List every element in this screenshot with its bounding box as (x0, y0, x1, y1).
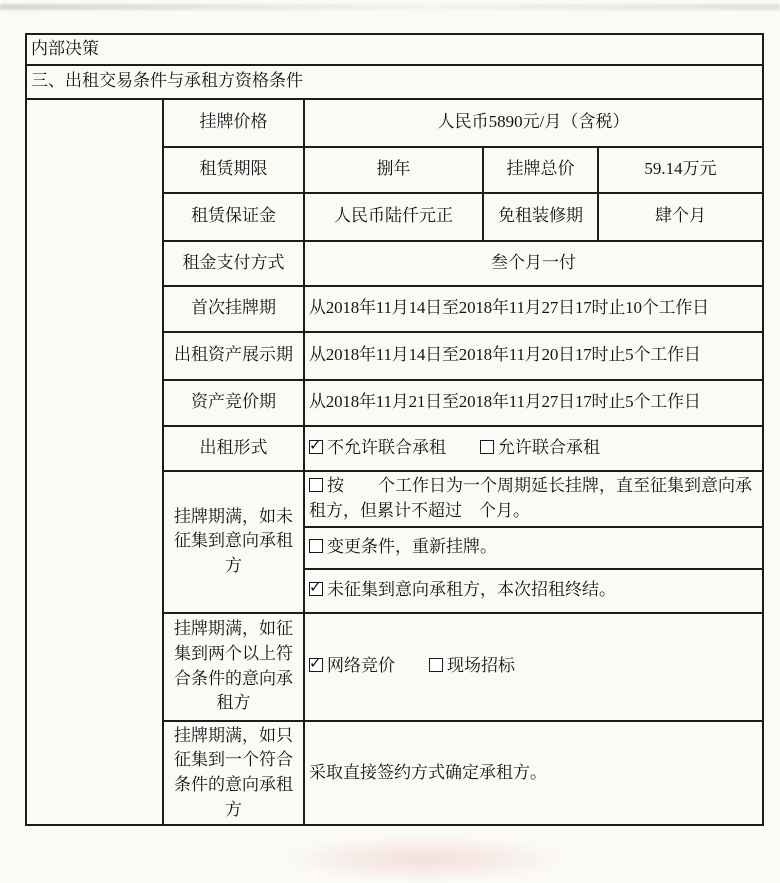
option-label: 未征集到意向承租方，本次招租终结。 (327, 580, 616, 599)
single-intent-label: 挂牌期满，如只征集到一个符合条件的意向承租方 (163, 721, 304, 826)
lease-conditions-table: 内部决策 三、出租交易条件与承租方资格条件 挂牌价格 人民币5890元/月（含税… (25, 33, 764, 826)
rent-payment-value: 叁个月一付 (304, 241, 763, 286)
lease-term-label: 租赁期限 (163, 147, 304, 193)
lease-term-value: 捌年 (304, 147, 483, 193)
first-listing-period-value: 从2018年11月14日至2018年11月27日17时止10个工作日 (304, 286, 763, 332)
asset-display-period-label: 出租资产展示期 (163, 332, 304, 380)
option-label: 变更条件，重新挂牌。 (327, 537, 497, 556)
option-label: 现场招标 (447, 656, 515, 675)
deposit-value: 人民币陆仟元正 (304, 193, 483, 241)
option-label: 不允许联合承租 (327, 438, 446, 457)
no-intent-option-extend: 按 个工作日为一个周期延长挂牌，直至征集到意向承租方，但累计不超过 个月。 (304, 471, 763, 527)
option-label: 按 个工作日为一个周期延长挂牌，直至征集到意向承租方，但累计不超过 个月。 (309, 476, 752, 520)
no-intent-option-relist: 变更条件，重新挂牌。 (304, 527, 763, 569)
internal-decision-cell: 内部决策 (26, 34, 763, 65)
option-no-joint-lease: 不允许联合承租 (309, 438, 446, 457)
asset-bidding-period-value: 从2018年11月21日至2018年11月27日17时止5个工作日 (304, 380, 763, 426)
scan-artifact-pink-smudge (280, 836, 570, 882)
asset-bidding-period-label: 资产竞价期 (163, 380, 304, 426)
single-intent-value: 采取直接签约方式确定承租方。 (304, 721, 763, 826)
first-listing-period-label: 首次挂牌期 (163, 286, 304, 332)
rent-free-period-label: 免租装修期 (483, 193, 598, 241)
row-listing-price: 挂牌价格 人民币5890元/月（含税） (26, 99, 763, 147)
option-onsite-tender: 现场招标 (429, 656, 515, 675)
total-listing-price-label: 挂牌总价 (483, 147, 598, 193)
checkbox-unchecked-icon (480, 440, 494, 454)
scanned-document-page: { "colors": { "paper": "#fbfaf7", "borde… (0, 0, 780, 883)
lease-form-label: 出租形式 (163, 426, 304, 471)
section-title-cell: 三、出租交易条件与承租方资格条件 (26, 65, 763, 99)
option-online-bidding: 网络竞价 (309, 656, 395, 675)
checkbox-unchecked-icon (309, 478, 323, 492)
checkbox-checked-icon (309, 582, 323, 596)
option-allow-joint-lease: 允许联合承租 (480, 438, 600, 457)
rent-payment-label: 租金支付方式 (163, 241, 304, 286)
no-intent-option-terminate: 未征集到意向承租方，本次招租终结。 (304, 569, 763, 613)
row-section-title: 三、出租交易条件与承租方资格条件 (26, 65, 763, 99)
listing-price-value: 人民币5890元/月（含税） (304, 99, 763, 147)
checkbox-unchecked-icon (309, 539, 323, 553)
option-label: 允许联合承租 (498, 438, 600, 457)
deposit-label: 租赁保证金 (163, 193, 304, 241)
total-listing-price-value: 59.14万元 (598, 147, 763, 193)
no-intent-label: 挂牌期满，如未征集到意向承租方 (163, 471, 304, 613)
listing-price-label: 挂牌价格 (163, 99, 304, 147)
scan-artifact-top-streak (0, 4, 780, 10)
option-label: 网络竞价 (327, 656, 395, 675)
checkbox-checked-icon (309, 440, 323, 454)
lease-form-options: 不允许联合承租允许联合承租 (304, 426, 763, 471)
row-internal-decision: 内部决策 (26, 34, 763, 65)
multiple-intent-options: 网络竞价现场招标 (304, 613, 763, 721)
rent-free-period-value: 肆个月 (598, 193, 763, 241)
checkbox-unchecked-icon (429, 658, 443, 672)
left-spacer-column (26, 99, 163, 826)
asset-display-period-value: 从2018年11月14日至2018年11月20日17时止5个工作日 (304, 332, 763, 380)
multiple-intent-label: 挂牌期满，如征集到两个以上符合条件的意向承租方 (163, 613, 304, 721)
checkbox-checked-icon (309, 658, 323, 672)
